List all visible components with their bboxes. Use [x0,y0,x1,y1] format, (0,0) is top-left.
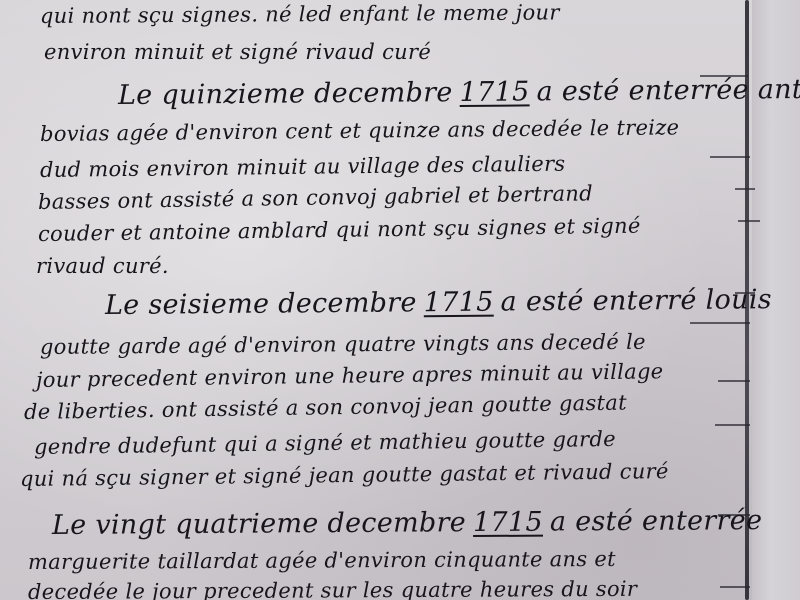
entry-heading: Le seisieme decembre 1715 a esté enterré… [105,284,772,321]
line-text: qui ná sçu signer et signé jean goutte g… [20,459,669,491]
margin-tick [720,586,750,588]
margin-tick [738,220,760,222]
line-text: qui nont sçu signes. né led enfant le me… [40,0,560,28]
entry-year: 1715 [424,287,494,319]
manuscript-line: goutte garde agé d'environ quatre vingts… [40,330,646,359]
margin-tick [715,424,750,426]
manuscript-line: decedée le jour precedent sur les quatre… [28,577,637,600]
entry-date-text: Le vingt quatrieme decembre [52,507,466,541]
line-text: a esté enterrée antoinette [536,73,800,107]
line-text: a esté enterrée [550,505,763,537]
line-text: de liberties. ont assisté a son convoj j… [24,391,627,424]
entry-year: 1715 [473,507,543,538]
manuscript-line: qui nont sçu signes. né led enfant le me… [40,0,560,28]
margin-tick [735,188,755,190]
manuscript-line: rivaud curé. [36,254,169,278]
line-text: rivaud curé. [36,254,169,278]
line-text: bovias agée d'environ cent et quinze ans… [40,115,680,146]
manuscript-line: de liberties. ont assisté a son convoj j… [24,391,627,424]
manuscript-line: marguerite taillardat agée d'environ cin… [28,547,616,574]
line-text: dud mois environ minuit au village des c… [40,152,566,182]
manuscript-line: couder et antoine amblard qui nont sçu s… [38,214,641,246]
manuscript-line: dud mois environ minuit au village des c… [40,152,566,182]
line-text: a esté enterré louis [500,284,772,317]
margin-tick [690,322,750,324]
line-text: couder et antoine amblard qui nont sçu s… [38,214,641,246]
entry-heading: Le vingt quatrieme decembre 1715 a esté … [52,505,763,541]
margin-tick [718,380,750,382]
margin-tick [710,156,750,158]
manuscript-line: gendre dudefunt qui a signé et mathieu g… [34,427,616,459]
line-text: environ minuit et signé rivaud curé [44,40,431,64]
entry-heading: Le quinzieme decembre 1715 a esté enterr… [118,73,800,111]
line-text: decedée le jour precedent sur les quatre… [28,577,637,600]
line-text: gendre dudefunt qui a signé et mathieu g… [34,427,616,459]
manuscript-line: qui ná sçu signer et signé jean goutte g… [20,459,669,491]
register-page-photo: qui nont sçu signes. né led enfant le me… [0,0,800,600]
line-text: marguerite taillardat agée d'environ cin… [28,547,616,574]
line-text: jour precedent environ une heure apres m… [36,359,664,392]
entry-year: 1715 [459,76,529,108]
manuscript-line: jour precedent environ une heure apres m… [36,359,664,392]
manuscript-line: bovias agée d'environ cent et quinze ans… [40,115,680,146]
entry-date-text: Le quinzieme decembre [118,77,453,111]
manuscript-line: environ minuit et signé rivaud curé [44,40,431,64]
manuscript-line: basses ont assisté a son convoj gabriel … [38,181,593,214]
line-text: basses ont assisté a son convoj gabriel … [38,181,593,214]
line-text: goutte garde agé d'environ quatre vingts… [40,330,646,359]
entry-date-text: Le seisieme decembre [105,287,417,321]
